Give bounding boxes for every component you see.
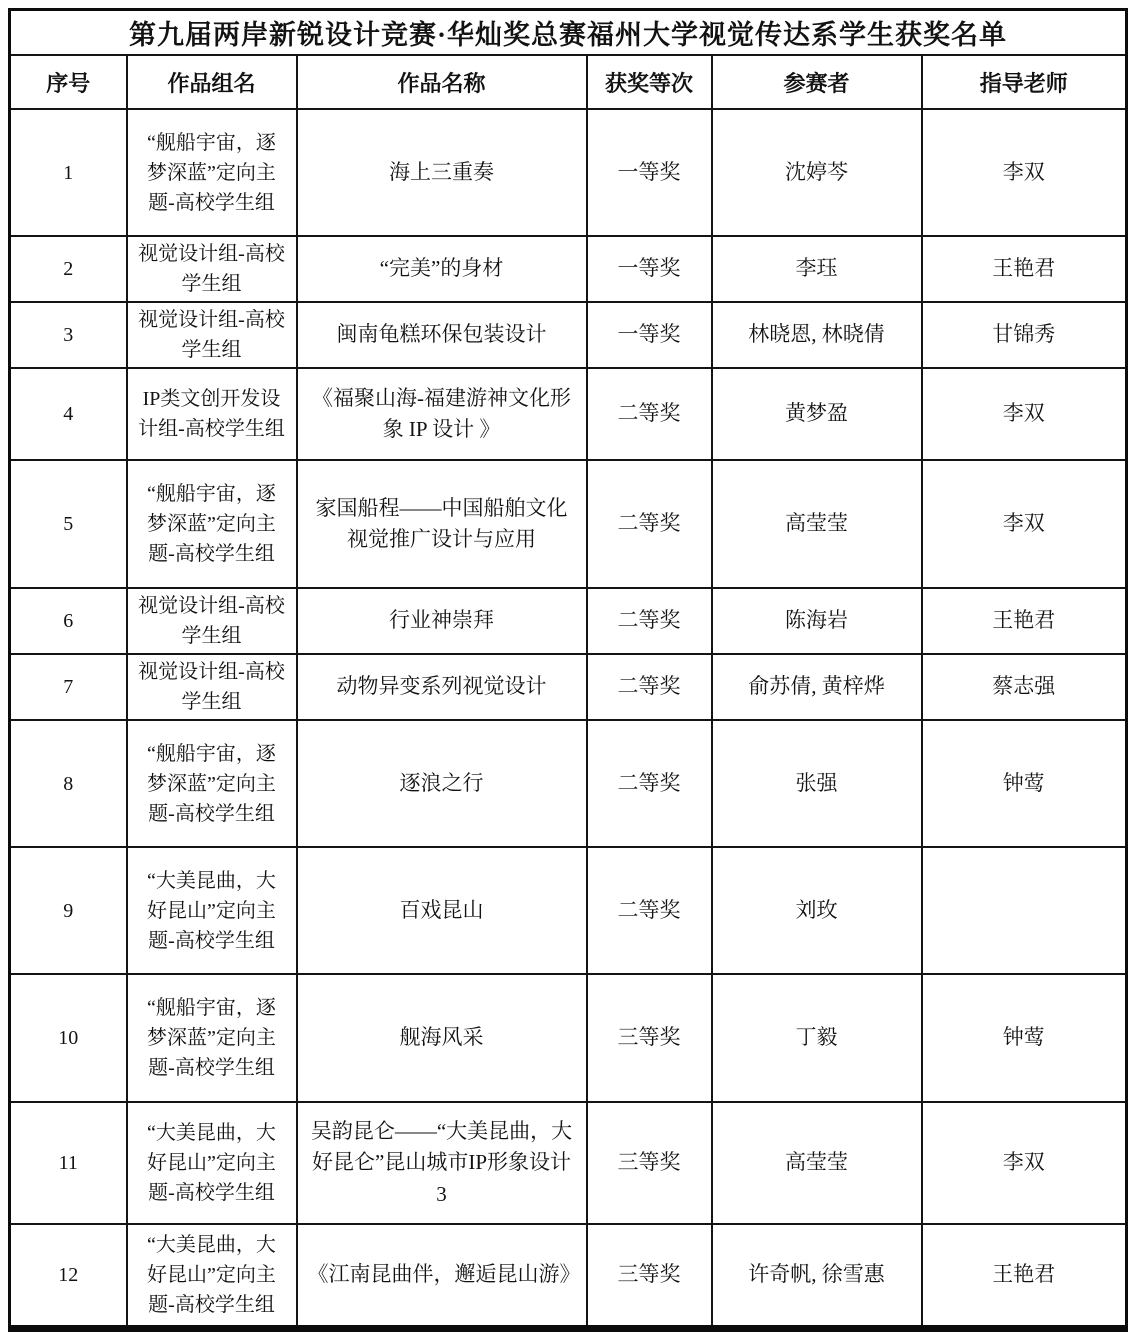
cell-participant: 李珏 [712,236,922,302]
cell-advisor: 李双 [922,1102,1127,1224]
document-page: 第九届两岸新锐设计竞赛·华灿奖总赛福州大学视觉传达系学生获奖名单 序号 作品组名… [8,8,1128,1332]
cell-no: 11 [10,1102,127,1224]
cell-no: 10 [10,974,127,1102]
cell-group: “舰船宇宙，逐梦深蓝”定向主题-高校学生组 [127,720,297,847]
cell-participant: 俞苏倩, 黄梓烨 [712,654,922,720]
cell-work: 闽南龟糕环保包装设计 [297,302,587,368]
cell-work: 家国船程——中国船舶文化视觉推广设计与应用 [297,460,587,588]
cell-participant: 林晓恩, 林晓倩 [712,302,922,368]
cell-award: 二等奖 [587,588,712,654]
cell-award: 三等奖 [587,1102,712,1224]
table-row: 2视觉设计组-高校学生组“完美”的身材一等奖李珏王艳君 [10,236,1127,302]
title-row: 第九届两岸新锐设计竞赛·华灿奖总赛福州大学视觉传达系学生获奖名单 [10,10,1127,56]
cell-advisor: 钟莺 [922,720,1127,847]
cell-no: 5 [10,460,127,588]
cell-participant: 高莹莹 [712,460,922,588]
cell-advisor: 李双 [922,109,1127,236]
column-header-no: 序号 [10,55,127,109]
cell-no: 8 [10,720,127,847]
cell-award: 三等奖 [587,974,712,1102]
cell-work: 《江南昆曲伴，邂逅昆山游》 [297,1224,587,1328]
table-row: 11“大美昆曲，大好昆山”定向主题-高校学生组吴韵昆仑——“大美昆曲，大好昆仑”… [10,1102,1127,1224]
cell-no: 4 [10,368,127,460]
cell-award: 二等奖 [587,847,712,974]
cell-advisor: 甘锦秀 [922,302,1127,368]
column-header-work: 作品名称 [297,55,587,109]
cell-participant: 张强 [712,720,922,847]
column-header-group: 作品组名 [127,55,297,109]
cell-advisor: 王艳君 [922,236,1127,302]
header-row: 序号 作品组名 作品名称 获奖等次 参赛者 指导老师 [10,55,1127,109]
cell-no: 7 [10,654,127,720]
cell-work: 逐浪之行 [297,720,587,847]
cell-group: “大美昆曲，大好昆山”定向主题-高校学生组 [127,1102,297,1224]
cell-group: “舰船宇宙，逐梦深蓝”定向主题-高校学生组 [127,974,297,1102]
cell-advisor: 钟莺 [922,974,1127,1102]
cell-award: 一等奖 [587,302,712,368]
cell-group: “舰船宇宙，逐梦深蓝”定向主题-高校学生组 [127,109,297,236]
cell-participant: 黄梦盈 [712,368,922,460]
cell-work: 百戏昆山 [297,847,587,974]
table-row: 5“舰船宇宙，逐梦深蓝”定向主题-高校学生组家国船程——中国船舶文化视觉推广设计… [10,460,1127,588]
page-title: 第九届两岸新锐设计竞赛·华灿奖总赛福州大学视觉传达系学生获奖名单 [10,10,1127,56]
cell-work: 海上三重奏 [297,109,587,236]
cell-work: “完美”的身材 [297,236,587,302]
cell-award: 三等奖 [587,1224,712,1328]
table-row: 8“舰船宇宙，逐梦深蓝”定向主题-高校学生组逐浪之行二等奖张强钟莺 [10,720,1127,847]
cell-participant: 高莹莹 [712,1102,922,1224]
cell-group: “舰船宇宙，逐梦深蓝”定向主题-高校学生组 [127,460,297,588]
column-header-award: 获奖等次 [587,55,712,109]
table-row: 3视觉设计组-高校学生组闽南龟糕环保包装设计一等奖林晓恩, 林晓倩甘锦秀 [10,302,1127,368]
cell-group: 视觉设计组-高校学生组 [127,654,297,720]
table-row: 10“舰船宇宙，逐梦深蓝”定向主题-高校学生组舰海风采三等奖丁毅钟莺 [10,974,1127,1102]
table-body: 1“舰船宇宙，逐梦深蓝”定向主题-高校学生组海上三重奏一等奖沈婷芩李双2视觉设计… [10,109,1127,1328]
table-row: 12“大美昆曲，大好昆山”定向主题-高校学生组《江南昆曲伴，邂逅昆山游》三等奖许… [10,1224,1127,1328]
cell-participant: 沈婷芩 [712,109,922,236]
cell-no: 1 [10,109,127,236]
cell-work: 行业神崇拜 [297,588,587,654]
table-row: 9“大美昆曲，大好昆山”定向主题-高校学生组百戏昆山二等奖刘玫 [10,847,1127,974]
cell-award: 二等奖 [587,460,712,588]
cell-work: 吴韵昆仑——“大美昆曲，大好昆仑”昆山城市IP形象设计3 [297,1102,587,1224]
cell-advisor: 李双 [922,368,1127,460]
cell-no: 12 [10,1224,127,1328]
cell-award: 二等奖 [587,720,712,847]
cell-no: 3 [10,302,127,368]
table-row: 7视觉设计组-高校学生组动物异变系列视觉设计二等奖俞苏倩, 黄梓烨蔡志强 [10,654,1127,720]
cell-advisor: 王艳君 [922,588,1127,654]
cell-participant: 陈海岩 [712,588,922,654]
cell-work: 《福聚山海-福建游神文化形象 IP 设计 》 [297,368,587,460]
cell-award: 一等奖 [587,236,712,302]
cell-award: 一等奖 [587,109,712,236]
cell-participant: 许奇帆, 徐雪惠 [712,1224,922,1328]
column-header-participant: 参赛者 [712,55,922,109]
column-header-advisor: 指导老师 [922,55,1127,109]
cell-no: 2 [10,236,127,302]
cell-group: 视觉设计组-高校学生组 [127,236,297,302]
table-row: 4IP类文创开发设计组-高校学生组《福聚山海-福建游神文化形象 IP 设计 》二… [10,368,1127,460]
table-row: 6视觉设计组-高校学生组行业神崇拜二等奖陈海岩王艳君 [10,588,1127,654]
cell-work: 动物异变系列视觉设计 [297,654,587,720]
cell-award: 二等奖 [587,654,712,720]
cell-work: 舰海风采 [297,974,587,1102]
table-row: 1“舰船宇宙，逐梦深蓝”定向主题-高校学生组海上三重奏一等奖沈婷芩李双 [10,109,1127,236]
cell-no: 9 [10,847,127,974]
cell-group: IP类文创开发设计组-高校学生组 [127,368,297,460]
cell-advisor: 王艳君 [922,1224,1127,1328]
cell-advisor [922,847,1127,974]
awards-table: 第九届两岸新锐设计竞赛·华灿奖总赛福州大学视觉传达系学生获奖名单 序号 作品组名… [8,8,1128,1332]
cell-group: 视觉设计组-高校学生组 [127,302,297,368]
cell-advisor: 蔡志强 [922,654,1127,720]
cell-advisor: 李双 [922,460,1127,588]
cell-group: “大美昆曲，大好昆山”定向主题-高校学生组 [127,847,297,974]
cell-participant: 刘玫 [712,847,922,974]
cell-group: 视觉设计组-高校学生组 [127,588,297,654]
cell-no: 6 [10,588,127,654]
cell-participant: 丁毅 [712,974,922,1102]
cell-award: 二等奖 [587,368,712,460]
cell-group: “大美昆曲，大好昆山”定向主题-高校学生组 [127,1224,297,1328]
